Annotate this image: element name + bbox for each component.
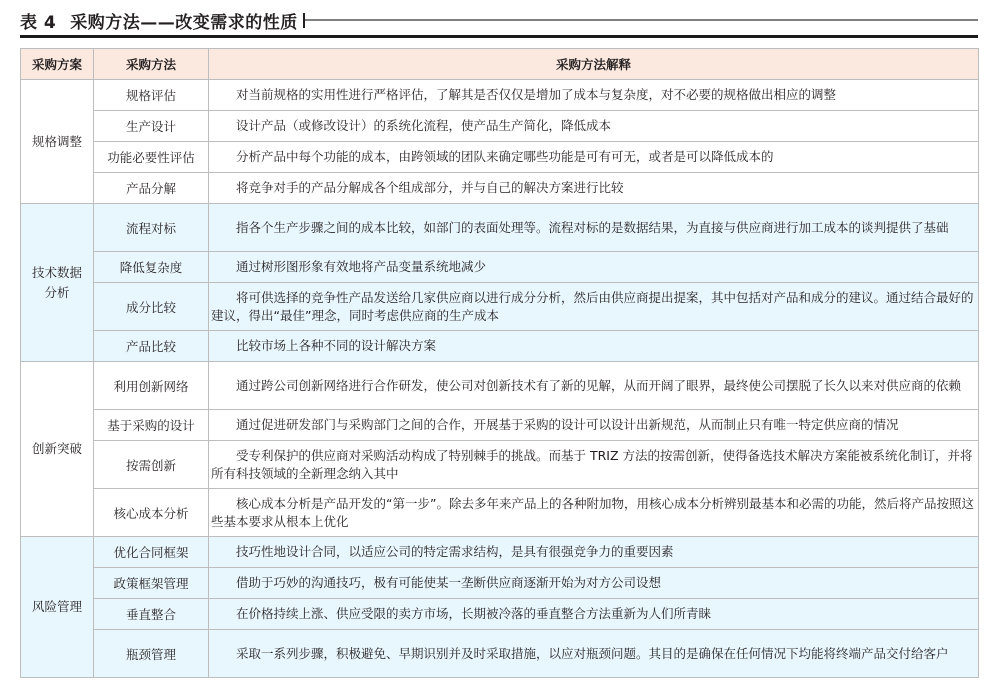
method-description: 比较市场上各种不同的设计解决方案 bbox=[209, 331, 979, 362]
table-row: 成分比较 将可供选择的竞争性产品发送给几家供应商以进行成分分析，然后由供应商提出… bbox=[21, 283, 979, 331]
method-description: 受专利保护的供应商对采购活动构成了特别棘手的挑战。而基于 TRIZ 方法的按需创… bbox=[209, 441, 979, 489]
group-technical-data-analysis: 技术数据 分析 流程对标 指各个生产步骤之间的成本比较，如部门的表面处理等。流程… bbox=[21, 204, 979, 362]
table-row: 瓶颈管理 采取一系列步骤，积极避免、早期识别并及时采取措施，以应对瓶颈问题。其目… bbox=[21, 630, 979, 678]
method-description: 通过树形图形象有效地将产品变量系统地减少 bbox=[209, 252, 979, 283]
method-description: 分析产品中每个功能的成本，由跨领域的团队来确定哪些功能是可有可无，或者是可以降低… bbox=[209, 142, 979, 173]
group-spec-adjustment: 规格调整 规格评估 对当前规格的实用性进行严格评估，了解其是否仅仅是增加了成本与… bbox=[21, 80, 979, 204]
method-name: 产品比较 bbox=[94, 331, 209, 362]
table-row: 创新突破 利用创新网络 通过跨公司创新网络进行合作研发，使公司对创新技术有了新的… bbox=[21, 362, 979, 410]
method-name: 产品分解 bbox=[94, 173, 209, 204]
method-description: 在价格持续上涨、供应受限的卖方市场，长期被冷落的垂直整合方法重新为人们所青睐 bbox=[209, 599, 979, 630]
method-description: 对当前规格的实用性进行严格评估，了解其是否仅仅是增加了成本与复杂度，对不必要的规… bbox=[209, 80, 979, 111]
method-name: 优化合同框架 bbox=[94, 537, 209, 568]
procurement-methods-table: 采购方案 采购方法 采购方法解释 规格调整 规格评估 对当前规格的实用性进行严格… bbox=[20, 48, 979, 678]
table-row: 规格调整 规格评估 对当前规格的实用性进行严格评估，了解其是否仅仅是增加了成本与… bbox=[21, 80, 979, 111]
caption-rule-thin bbox=[305, 19, 978, 21]
method-name: 核心成本分析 bbox=[94, 489, 209, 537]
table-row: 风险管理 优化合同框架 技巧性地设计合同，以适应公司的特定需求结构，是具有很强竞… bbox=[21, 537, 979, 568]
table-caption: 表 4 采购方法——改变需求的性质 bbox=[20, 8, 978, 32]
method-description: 将可供选择的竞争性产品发送给几家供应商以进行成分分析，然后由供应商提出提案，其中… bbox=[209, 283, 979, 331]
method-name: 功能必要性评估 bbox=[94, 142, 209, 173]
method-description: 采取一系列步骤，积极避免、早期识别并及时采取措施，以应对瓶颈问题。其目的是确保在… bbox=[209, 630, 979, 678]
table-row: 核心成本分析 核心成本分析是产品开发的“第一步”。除去多年来产品上的各种附加物，… bbox=[21, 489, 979, 537]
table-row: 功能必要性评估 分析产品中每个功能的成本，由跨领域的团队来确定哪些功能是可有可无… bbox=[21, 142, 979, 173]
method-name: 按需创新 bbox=[94, 441, 209, 489]
method-name: 政策框架管理 bbox=[94, 568, 209, 599]
method-description: 通过促进研发部门与采购部门之间的合作，开展基于采购的设计可以设计出新规范，从而制… bbox=[209, 410, 979, 441]
table-row: 按需创新 受专利保护的供应商对采购活动构成了特别棘手的挑战。而基于 TRIZ 方… bbox=[21, 441, 979, 489]
group-innovation-breakthrough: 创新突破 利用创新网络 通过跨公司创新网络进行合作研发，使公司对创新技术有了新的… bbox=[21, 362, 979, 537]
group-name: 风险管理 bbox=[21, 537, 94, 678]
method-name: 瓶颈管理 bbox=[94, 630, 209, 678]
table-row: 垂直整合 在价格持续上涨、供应受限的卖方市场，长期被冷落的垂直整合方法重新为人们… bbox=[21, 599, 979, 630]
table-row: 降低复杂度 通过树形图形象有效地将产品变量系统地减少 bbox=[21, 252, 979, 283]
method-description: 借助于巧妙的沟通技巧，极有可能使某一垄断供应商逐渐开始为对方公司设想 bbox=[209, 568, 979, 599]
group-risk-management: 风险管理 优化合同框架 技巧性地设计合同，以适应公司的特定需求结构，是具有很强竞… bbox=[21, 537, 979, 678]
table-row: 政策框架管理 借助于巧妙的沟通技巧，极有可能使某一垄断供应商逐渐开始为对方公司设… bbox=[21, 568, 979, 599]
table-row: 技术数据 分析 流程对标 指各个生产步骤之间的成本比较，如部门的表面处理等。流程… bbox=[21, 204, 979, 252]
header-scheme: 采购方案 bbox=[21, 49, 94, 80]
header-explanation: 采购方法解释 bbox=[209, 49, 979, 80]
table-title: 采购方法——改变需求的性质 bbox=[70, 8, 298, 33]
group-name: 规格调整 bbox=[21, 80, 94, 204]
table-row: 产品分解 将竞争对手的产品分解成各个组成部分，并与自己的解决方案进行比较 bbox=[21, 173, 979, 204]
group-name: 创新突破 bbox=[21, 362, 94, 537]
method-description: 核心成本分析是产品开发的“第一步”。除去多年来产品上的各种附加物，用核心成本分析… bbox=[209, 489, 979, 537]
method-name: 垂直整合 bbox=[94, 599, 209, 630]
method-name: 降低复杂度 bbox=[94, 252, 209, 283]
method-name: 基于采购的设计 bbox=[94, 410, 209, 441]
group-name-line-1: 技术数据 bbox=[32, 265, 82, 280]
method-name: 流程对标 bbox=[94, 204, 209, 252]
method-name: 生产设计 bbox=[94, 111, 209, 142]
method-name: 利用创新网络 bbox=[94, 362, 209, 410]
header-row: 采购方案 采购方法 采购方法解释 bbox=[21, 49, 979, 80]
table-row: 产品比较 比较市场上各种不同的设计解决方案 bbox=[21, 331, 979, 362]
method-description: 技巧性地设计合同，以适应公司的特定需求结构，是具有很强竞争力的重要因素 bbox=[209, 537, 979, 568]
table-row: 基于采购的设计 通过促进研发部门与采购部门之间的合作，开展基于采购的设计可以设计… bbox=[21, 410, 979, 441]
table-number: 表 4 bbox=[20, 8, 56, 33]
group-name-line-2: 分析 bbox=[44, 285, 69, 300]
method-description: 通过跨公司创新网络进行合作研发，使公司对创新技术有了新的见解，从而开阔了眼界，最… bbox=[209, 362, 979, 410]
caption-rule-thick bbox=[20, 35, 978, 38]
header-method: 采购方法 bbox=[94, 49, 209, 80]
method-description: 指各个生产步骤之间的成本比较，如部门的表面处理等。流程对标的是数据结果，为直接与… bbox=[209, 204, 979, 252]
method-description: 设计产品（或修改设计）的系统化流程，使产品生产简化，降低成本 bbox=[209, 111, 979, 142]
method-description: 将竞争对手的产品分解成各个组成部分，并与自己的解决方案进行比较 bbox=[209, 173, 979, 204]
group-name: 技术数据 分析 bbox=[21, 204, 94, 362]
table-row: 生产设计 设计产品（或修改设计）的系统化流程，使产品生产简化，降低成本 bbox=[21, 111, 979, 142]
method-name: 规格评估 bbox=[94, 80, 209, 111]
method-name: 成分比较 bbox=[94, 283, 209, 331]
